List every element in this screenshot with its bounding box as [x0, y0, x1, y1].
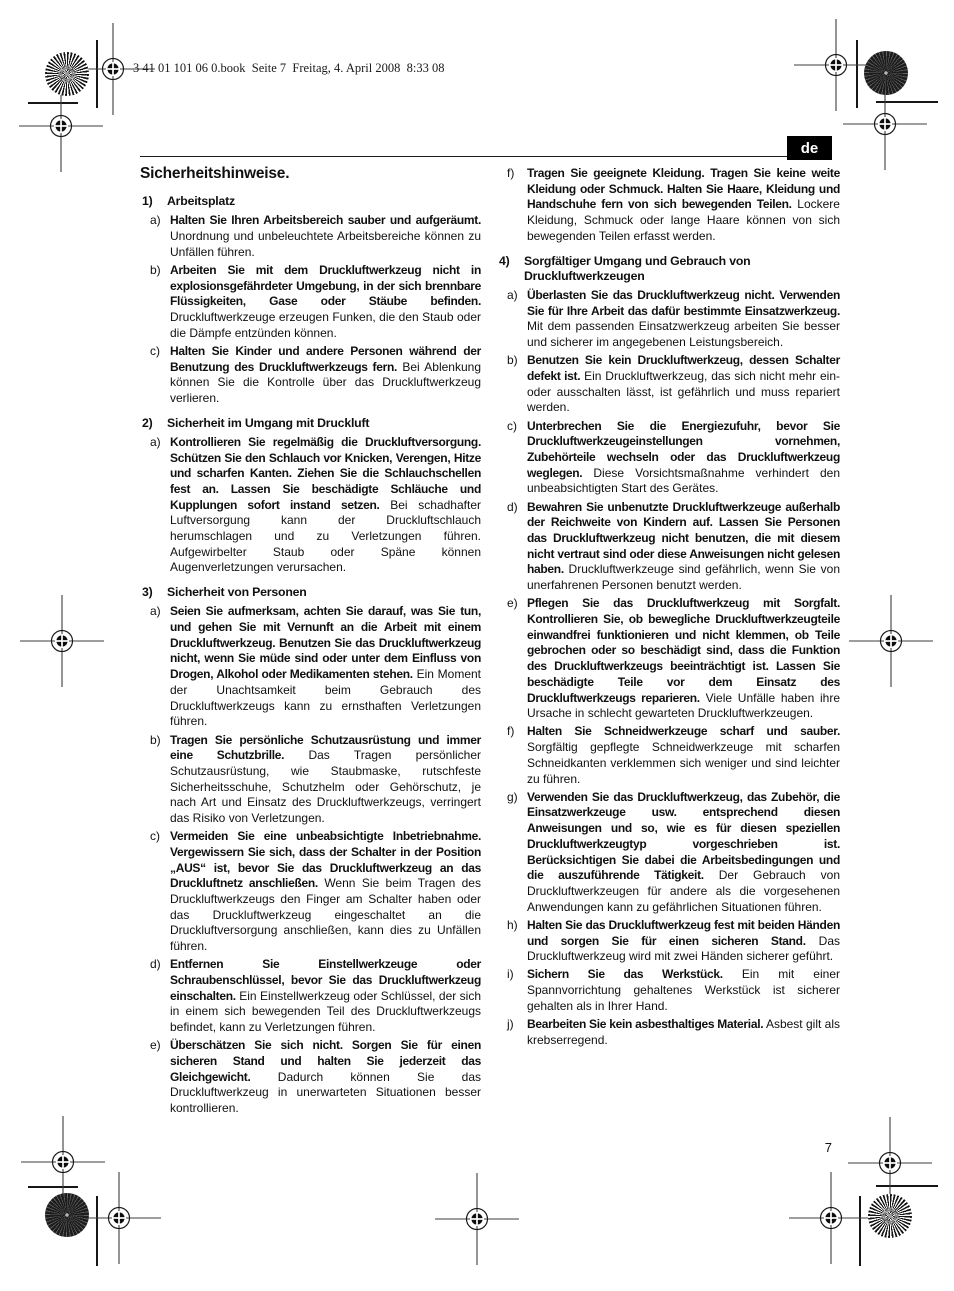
safety-instruction-item: a)Halten Sie Ihren Arbeitsbereich sauber…	[140, 213, 481, 260]
safety-instruction-item: h)Halten Sie das Druckluftwerkzeug fest …	[497, 918, 840, 965]
safety-instruction-item: c)Unterbrechen Sie die Energiezufuhr, be…	[497, 419, 840, 498]
item-letter: c)	[150, 344, 160, 360]
safety-instruction-item: g)Verwenden Sie das Druckluftwerkzeug, d…	[497, 790, 840, 916]
safety-instruction-item: e)Überschätzen Sie sich nicht. Sorgen Si…	[140, 1038, 481, 1117]
item-letter: e)	[507, 596, 518, 612]
item-bold-text: Überlasten Sie das Druckluftwerkzeug nic…	[527, 288, 840, 318]
crop-line	[96, 1196, 98, 1266]
item-bold-text: Halten Sie Ihren Arbeitsbereich sauber u…	[170, 213, 481, 227]
section-title: Sicherheit von Personen	[167, 585, 307, 599]
right-column-blocks: f)Tragen Sie geeignete Kleidung. Tragen …	[497, 166, 840, 1048]
item-letter: c)	[507, 419, 517, 435]
left-column-blocks: 1) Arbeitsplatz a)Halten Sie Ihren Arbei…	[140, 194, 481, 1117]
color-wheel-icon	[45, 1193, 89, 1237]
language-badge: de	[787, 136, 832, 160]
item-body-text: Sorgfältig gepflegte Schneidwerkzeuge mi…	[527, 740, 840, 785]
safety-instruction-item: e)Pflegen Sie das Druckluftwerkzeug mit …	[497, 596, 840, 722]
color-wheel-icon	[868, 1194, 912, 1238]
section-heading: 3) Sicherheit von Personen	[140, 585, 481, 600]
item-bold-text: Tragen Sie geeignete Kleidung. Tragen Si…	[527, 166, 840, 211]
safety-instruction-item: d)Bewahren Sie unbenutzte Druckluftwerkz…	[497, 500, 840, 594]
item-body-text: Druckluftwerkzeuge erzeugen Funken, die …	[170, 310, 481, 340]
item-letter: b)	[150, 263, 161, 279]
crop-line	[876, 1185, 938, 1187]
page-title: Sicherheitshinweise.	[140, 165, 481, 183]
safety-instruction-item: a)Seien Sie aufmerksam, achten Sie darau…	[140, 604, 481, 730]
registration-mark-icon	[12, 591, 112, 691]
color-wheel-icon	[864, 51, 908, 95]
item-bold-text: Pflegen Sie das Druckluftwerkzeug mit So…	[527, 596, 840, 704]
item-bold-text: Halten Sie das Druckluftwerkzeug fest mi…	[527, 918, 840, 948]
registration-mark-icon	[427, 1169, 527, 1269]
item-letter: g)	[507, 790, 518, 806]
item-letter: e)	[150, 1038, 161, 1054]
section-number: 3)	[142, 585, 153, 600]
safety-instruction-item: b)Arbeiten Sie mit dem Druckluftwerkzeug…	[140, 263, 481, 342]
section-title: Sorgfältiger Umgang und Gebrauch von Dru…	[524, 254, 750, 283]
safety-instruction-item: a)Überlasten Sie das Druckluftwerkzeug n…	[497, 288, 840, 351]
section-title: Sicherheit im Umgang mit Druckluft	[167, 416, 369, 430]
registration-mark-icon	[841, 591, 941, 691]
item-letter: j)	[507, 1017, 514, 1033]
safety-instruction-item: a)Kontrollieren Sie regelmäßig die Druck…	[140, 435, 481, 576]
section-title: Arbeitsplatz	[167, 194, 235, 208]
item-body-text: Mit dem passenden Einsatzwerkzeug arbeit…	[527, 319, 840, 349]
crop-line	[28, 102, 78, 104]
safety-instruction-item: b)Tragen Sie persönliche Schutzausrüstun…	[140, 733, 481, 827]
section-number: 4)	[499, 254, 510, 269]
crop-line	[859, 1196, 861, 1266]
safety-instruction-item: b)Benutzen Sie kein Druckluftwerkzeug, d…	[497, 353, 840, 416]
right-column: f)Tragen Sie geeignete Kleidung. Tragen …	[497, 166, 840, 1051]
item-letter: f)	[507, 166, 514, 182]
item-letter: i)	[507, 967, 514, 983]
item-bold-text: Arbeiten Sie mit dem Druckluftwerkzeug n…	[170, 263, 481, 308]
manual-page: 3 41 01 101 06 0.book Seite 7 Freitag, 4…	[0, 0, 954, 1291]
section-number: 2)	[142, 416, 153, 431]
safety-instruction-item: j)Bearbeiten Sie kein asbesthaltiges Mat…	[497, 1017, 840, 1048]
item-bold-text: Bearbeiten Sie kein asbesthaltiges Mater…	[527, 1017, 763, 1031]
safety-instruction-item: i)Sichern Sie das Werkstück. Ein mit ein…	[497, 967, 840, 1014]
item-letter: b)	[507, 353, 518, 369]
crop-line	[856, 40, 858, 108]
section-number: 1)	[142, 194, 153, 209]
crop-line	[96, 40, 98, 108]
item-letter: d)	[150, 957, 161, 973]
item-letter: a)	[150, 213, 161, 229]
safety-instruction-item: f)Tragen Sie geeignete Kleidung. Tragen …	[497, 166, 840, 245]
crop-line	[876, 101, 938, 103]
safety-instruction-item: d)Entfernen Sie Einstellwerkzeuge oder S…	[140, 957, 481, 1036]
item-letter: a)	[150, 604, 161, 620]
section-heading: 4) Sorgfältiger Umgang und Gebrauch von …	[497, 254, 840, 284]
left-column: Sicherheitshinweise. 1) Arbeitsplatz a)H…	[140, 165, 481, 1119]
item-bold-text: Sichern Sie das Werkstück.	[527, 967, 723, 981]
header-rule	[140, 156, 800, 157]
item-body-text: Druckluftwerkzeuge sind gefährlich, wenn…	[527, 562, 840, 592]
item-body-text: Unordnung und unbeleuchtete Arbeitsberei…	[170, 229, 481, 259]
item-bold-text: Halten Sie Schneidwerkzeuge scharf und s…	[527, 724, 840, 738]
item-letter: d)	[507, 500, 518, 516]
item-letter: a)	[150, 435, 161, 451]
crop-line	[28, 1186, 78, 1188]
page-number: 7	[796, 1140, 832, 1155]
item-letter: h)	[507, 918, 518, 934]
registration-mark-icon	[781, 1168, 881, 1268]
safety-instruction-item: c)Halten Sie Kinder und andere Personen …	[140, 344, 481, 407]
item-letter: c)	[150, 829, 160, 845]
print-header-line: 3 41 01 101 06 0.book Seite 7 Freitag, 4…	[133, 61, 444, 76]
color-wheel-icon	[45, 52, 89, 96]
safety-instruction-item: c)Vermeiden Sie eine unbeabsichtigte Inb…	[140, 829, 481, 955]
section-heading: 2) Sicherheit im Umgang mit Druckluft	[140, 416, 481, 431]
item-letter: a)	[507, 288, 518, 304]
item-letter: b)	[150, 733, 161, 749]
safety-instruction-item: f)Halten Sie Schneidwerkzeuge scharf und…	[497, 724, 840, 787]
section-heading: 1) Arbeitsplatz	[140, 194, 481, 209]
item-letter: f)	[507, 724, 514, 740]
